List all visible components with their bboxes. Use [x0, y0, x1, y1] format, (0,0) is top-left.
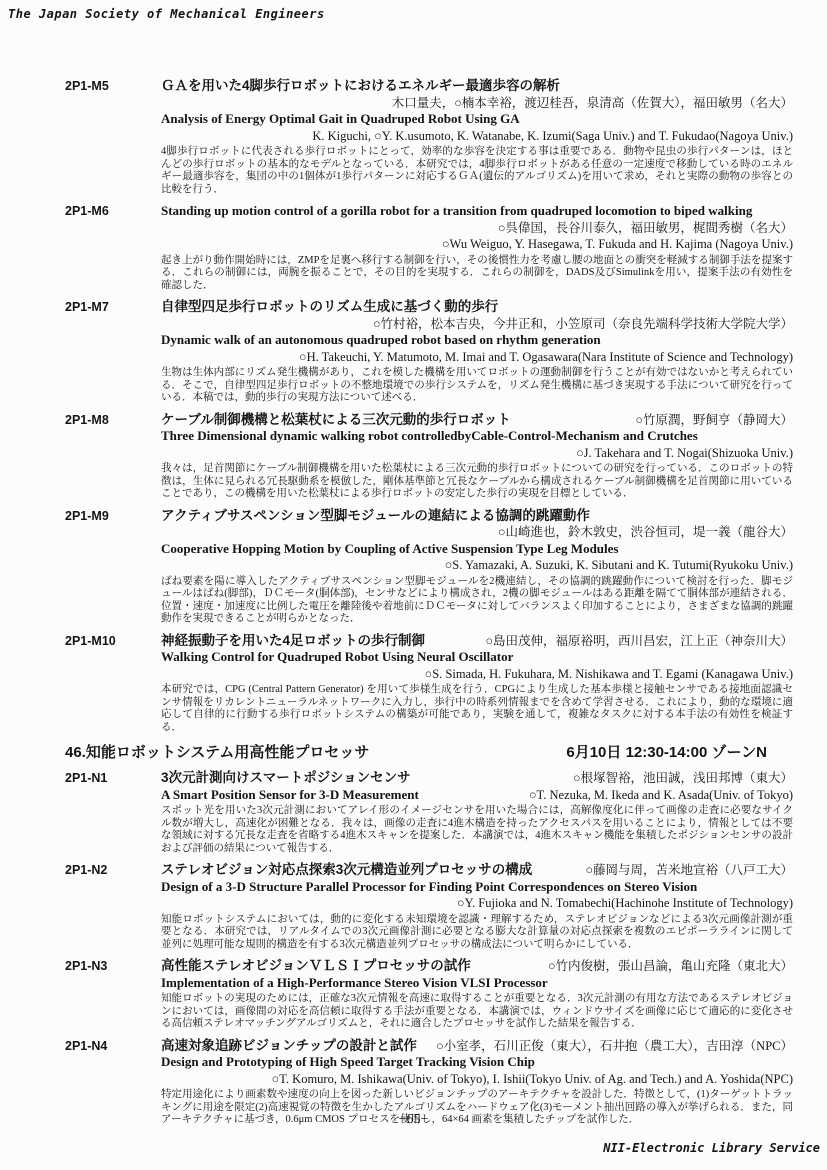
paper-title-jp: ステレオビジョン対応点探索3次元構造並列プロセッサの構成	[161, 862, 532, 879]
paper-title-jp: ケーブル制御機構と松葉杖による三次元動的歩行ロボット	[161, 412, 511, 429]
paper-code: 2P1-M7	[65, 299, 161, 405]
page-number: −65−	[0, 1112, 827, 1128]
abstract-entry: 2P1-M5ＧＡを用いた4脚歩行ロボットにおけるエネルギー最適歩容の解析木口量夫…	[65, 78, 793, 196]
title-line: ケーブル制御機構と松葉杖による三次元動的歩行ロボット○竹原潤，野飼亨（静岡大）	[161, 412, 793, 429]
authors-en: ○S. Yamazaki, A. Suzuki, K. Sibutani and…	[161, 557, 793, 574]
authors-jp: ○小室孝，石川正俊（東大），石井抱（農工大），吉田淳（NPC）	[436, 1038, 793, 1055]
abstract-text: 生物は生体内部にリズム発生機構があり，これを模した機構を用いてロボットの運動制御…	[161, 367, 793, 405]
paper-title-jp: アクティブサスペンション型脚モジュールの連結による協調的跳躍動作	[161, 508, 590, 525]
authors-en: ○S. Simada, H. Fukuhara, M. Nishikawa an…	[161, 666, 793, 683]
paper-code: 2P1-M10	[65, 633, 161, 735]
paper-title-jp: 3次元計測向けスマートポジションセンサ	[161, 770, 411, 787]
paper-code: 2P1-N1	[65, 770, 161, 855]
entry-body: 神経振動子を用いた4足ロボットの歩行制御○島田茂伸，福原裕明，西川昌宏，江上正（…	[161, 633, 793, 735]
paper-title-jp: ＧＡを用いた4脚歩行ロボットにおけるエネルギー最適歩容の解析	[161, 78, 560, 95]
authors-jp: ○藤岡与周，苫米地宣裕（八戸工大）	[585, 862, 793, 879]
paper-code: 2P1-M6	[65, 203, 161, 292]
session-heading: 46.知能ロボットシステム用高性能プロセッサ6月10日 12:30-14:00 …	[65, 741, 793, 762]
title-line: 自律型四足歩行ロボットのリズム生成に基づく動的歩行	[161, 299, 793, 316]
paper-title-en: Design of a 3-D Structure Parallel Proce…	[161, 879, 697, 896]
session-title: 46.知能ロボットシステム用高性能プロセッサ	[65, 741, 369, 762]
title-line: 高性能ステレオビジョンＶＬＳＩプロセッサの試作○竹内俊樹，張山昌論，亀山充隆（東…	[161, 958, 793, 975]
abstract-entry: 2P1-N2ステレオビジョン対応点探索3次元構造並列プロセッサの構成○藤岡与周，…	[65, 862, 793, 951]
title-line: 高速対象追跡ビジョンチップの設計と試作○小室孝，石川正俊（東大），石井抱（農工大…	[161, 1038, 793, 1055]
abstracts-list: 2P1-M5ＧＡを用いた4脚歩行ロボットにおけるエネルギー最適歩容の解析木口量夫…	[65, 78, 793, 1134]
library-service-footer: NII-Electronic Library Service	[603, 1141, 820, 1155]
abstract-text: 知能ロボットシステムにおいては，動的に変化する未知環境を認識・理解するため，ステ…	[161, 914, 793, 952]
en-title-line: Analysis of Energy Optimal Gait in Quadr…	[161, 111, 793, 128]
paper-title-jp: 高性能ステレオビジョンＶＬＳＩプロセッサの試作	[161, 958, 471, 975]
authors-jp: ○竹内俊樹，張山昌論，亀山充隆（東北大）	[548, 958, 793, 975]
authors-en: ○J. Takehara and T. Nogai(Shizuoka Univ.…	[161, 445, 793, 462]
abstract-entry: 2P1-M6Standing up motion control of a go…	[65, 203, 793, 292]
en-title-line: Cooperative Hopping Motion by Coupling o…	[161, 541, 793, 558]
authors-en: ○H. Takeuchi, Y. Matumoto, M. Imai and T…	[161, 349, 793, 366]
entry-body: ＧＡを用いた4脚歩行ロボットにおけるエネルギー最適歩容の解析木口量夫，○楠本幸裕…	[161, 78, 793, 196]
abstract-entry: 2P1-M8ケーブル制御機構と松葉杖による三次元動的歩行ロボット○竹原潤，野飼亨…	[65, 412, 793, 501]
abstract-entry: 2P1-M9アクティブサスペンション型脚モジュールの連結による協調的跳躍動作○山…	[65, 508, 793, 626]
en-title-line: Dynamic walk of an autonomous quadruped …	[161, 332, 793, 349]
paper-title-en: Walking Control for Quadruped Robot Usin…	[161, 649, 513, 666]
authors-jp: ○呉偉国，長谷川泰久，福田敏男，梶間秀樹（名大）	[161, 220, 793, 237]
abstract-text: 起き上がり動作開始時には，ZMPを足裏へ移行する制御を行い，その後慣性力を考慮し…	[161, 255, 793, 293]
paper-code: 2P1-M5	[65, 78, 161, 196]
entry-body: Standing up motion control of a gorilla …	[161, 203, 793, 292]
paper-code: 2P1-M9	[65, 508, 161, 626]
authors-jp: ○根塚智裕，池田誠，浅田邦博（東大）	[573, 770, 793, 787]
entry-body: ステレオビジョン対応点探索3次元構造並列プロセッサの構成○藤岡与周，苫米地宣裕（…	[161, 862, 793, 951]
abstract-text: 知能ロボットの実現のためには，正確な3次元情報を高速に取得することが重要となる．…	[161, 993, 793, 1031]
paper-title-en: Cooperative Hopping Motion by Coupling o…	[161, 541, 618, 558]
authors-jp: ○山崎進也，鈴木敦史，渋谷恒司，堤一義（龍谷大）	[161, 524, 793, 541]
paper-title-jp: 高速対象追跡ビジョンチップの設計と試作	[161, 1038, 417, 1055]
authors-jp: ○竹村裕，松本吉央，今井正和，小笠原司（奈良先端科学技術大学院大学）	[161, 316, 793, 333]
abstract-text: 我々は，足首関節にケーブル制御機構を用いた松葉杖による三次元動的歩行ロボットにつ…	[161, 463, 793, 501]
session-schedule: 6月10日 12:30-14:00 ゾーンN	[566, 741, 793, 762]
paper-title-jp: 自律型四足歩行ロボットのリズム生成に基づく動的歩行	[161, 299, 498, 316]
title-line: 3次元計測向けスマートポジションセンサ○根塚智裕，池田誠，浅田邦博（東大）	[161, 770, 793, 787]
authors-en: K. Kiguchi, ○Y. K.usumoto, K. Watanabe, …	[161, 128, 793, 145]
abstract-entry: 2P1-M7自律型四足歩行ロボットのリズム生成に基づく動的歩行○竹村裕，松本吉央…	[65, 299, 793, 405]
paper-title-en: Design and Prototyping of High Speed Tar…	[161, 1054, 535, 1071]
paper-code: 2P1-M8	[65, 412, 161, 501]
title-line: 神経振動子を用いた4足ロボットの歩行制御○島田茂伸，福原裕明，西川昌宏，江上正（…	[161, 633, 793, 650]
abstract-entry: 2P1-N13次元計測向けスマートポジションセンサ○根塚智裕，池田誠，浅田邦博（…	[65, 770, 793, 855]
authors-en: ○Y. Fujioka and N. Tomabechi(Hachinohe I…	[161, 895, 793, 912]
abstract-text: 4脚歩行ロボットに代表される歩行ロボットにとって，効率的な歩容を決定する事は重要…	[161, 146, 793, 196]
paper-title-en: Standing up motion control of a gorilla …	[161, 203, 752, 220]
abstract-entry: 2P1-N3高性能ステレオビジョンＶＬＳＩプロセッサの試作○竹内俊樹，張山昌論，…	[65, 958, 793, 1031]
title-line: Standing up motion control of a gorilla …	[161, 203, 793, 220]
paper-title-en: Three Dimensional dynamic walking robot …	[161, 428, 698, 445]
abstract-text: 本研究では，CPG (Central Pattern Generator) を用…	[161, 684, 793, 734]
paper-title-jp: 神経振動子を用いた4足ロボットの歩行制御	[161, 633, 425, 650]
en-title-line: Three Dimensional dynamic walking robot …	[161, 428, 793, 445]
authors-jp: ○竹原潤，野飼亨（静岡大）	[635, 412, 793, 429]
abstract-entry: 2P1-M10神経振動子を用いた4足ロボットの歩行制御○島田茂伸，福原裕明，西川…	[65, 633, 793, 735]
en-title-line: Implementation of a High-Performance Ste…	[161, 975, 793, 992]
entry-body: 高性能ステレオビジョンＶＬＳＩプロセッサの試作○竹内俊樹，張山昌論，亀山充隆（東…	[161, 958, 793, 1031]
paper-code: 2P1-N3	[65, 958, 161, 1031]
paper-code: 2P1-N2	[65, 862, 161, 951]
entry-body: 自律型四足歩行ロボットのリズム生成に基づく動的歩行○竹村裕，松本吉央，今井正和，…	[161, 299, 793, 405]
abstract-text: ばね要素を陽に導入したアクティブサスペンション型脚モジュールを2機連結し，その協…	[161, 576, 793, 626]
authors-jp: 木口量夫，○楠本幸裕，渡辺桂吾，泉清高（佐賀大），福田敏男（名大）	[161, 95, 793, 112]
authors-en: ○Wu Weiguo, Y. Hasegawa, T. Fukuda and H…	[161, 236, 793, 253]
publisher-header: The Japan Society of Mechanical Engineer…	[8, 7, 325, 21]
paper-title-en: Analysis of Energy Optimal Gait in Quadr…	[161, 111, 520, 128]
en-title-line: Design and Prototyping of High Speed Tar…	[161, 1054, 793, 1071]
abstract-text: スポット光を用いた3次元計測においてアレイ形のイメージセンサを用いた場合には，高…	[161, 805, 793, 855]
entry-body: 3次元計測向けスマートポジションセンサ○根塚智裕，池田誠，浅田邦博（東大）A S…	[161, 770, 793, 855]
title-line: ステレオビジョン対応点探索3次元構造並列プロセッサの構成○藤岡与周，苫米地宣裕（…	[161, 862, 793, 879]
en-title-line: Walking Control for Quadruped Robot Usin…	[161, 649, 793, 666]
entry-body: アクティブサスペンション型脚モジュールの連結による協調的跳躍動作○山崎進也，鈴木…	[161, 508, 793, 626]
paper-title-en: A Smart Position Sensor for 3-D Measurem…	[161, 787, 419, 804]
authors-jp: ○島田茂伸，福原裕明，西川昌宏，江上正（神奈川大）	[485, 633, 793, 650]
authors-en: ○T. Nezuka, M. Ikeda and K. Asada(Univ. …	[529, 787, 793, 804]
entry-body: ケーブル制御機構と松葉杖による三次元動的歩行ロボット○竹原潤，野飼亨（静岡大）T…	[161, 412, 793, 501]
title-line: ＧＡを用いた4脚歩行ロボットにおけるエネルギー最適歩容の解析	[161, 78, 793, 95]
en-title-line: Design of a 3-D Structure Parallel Proce…	[161, 879, 793, 896]
authors-en: ○T. Komuro, M. Ishikawa(Univ. of Tokyo),…	[161, 1071, 793, 1088]
title-line: アクティブサスペンション型脚モジュールの連結による協調的跳躍動作	[161, 508, 793, 525]
paper-title-en: Dynamic walk of an autonomous quadruped …	[161, 332, 601, 349]
en-title-line: A Smart Position Sensor for 3-D Measurem…	[161, 787, 793, 804]
paper-title-en: Implementation of a High-Performance Ste…	[161, 975, 548, 992]
